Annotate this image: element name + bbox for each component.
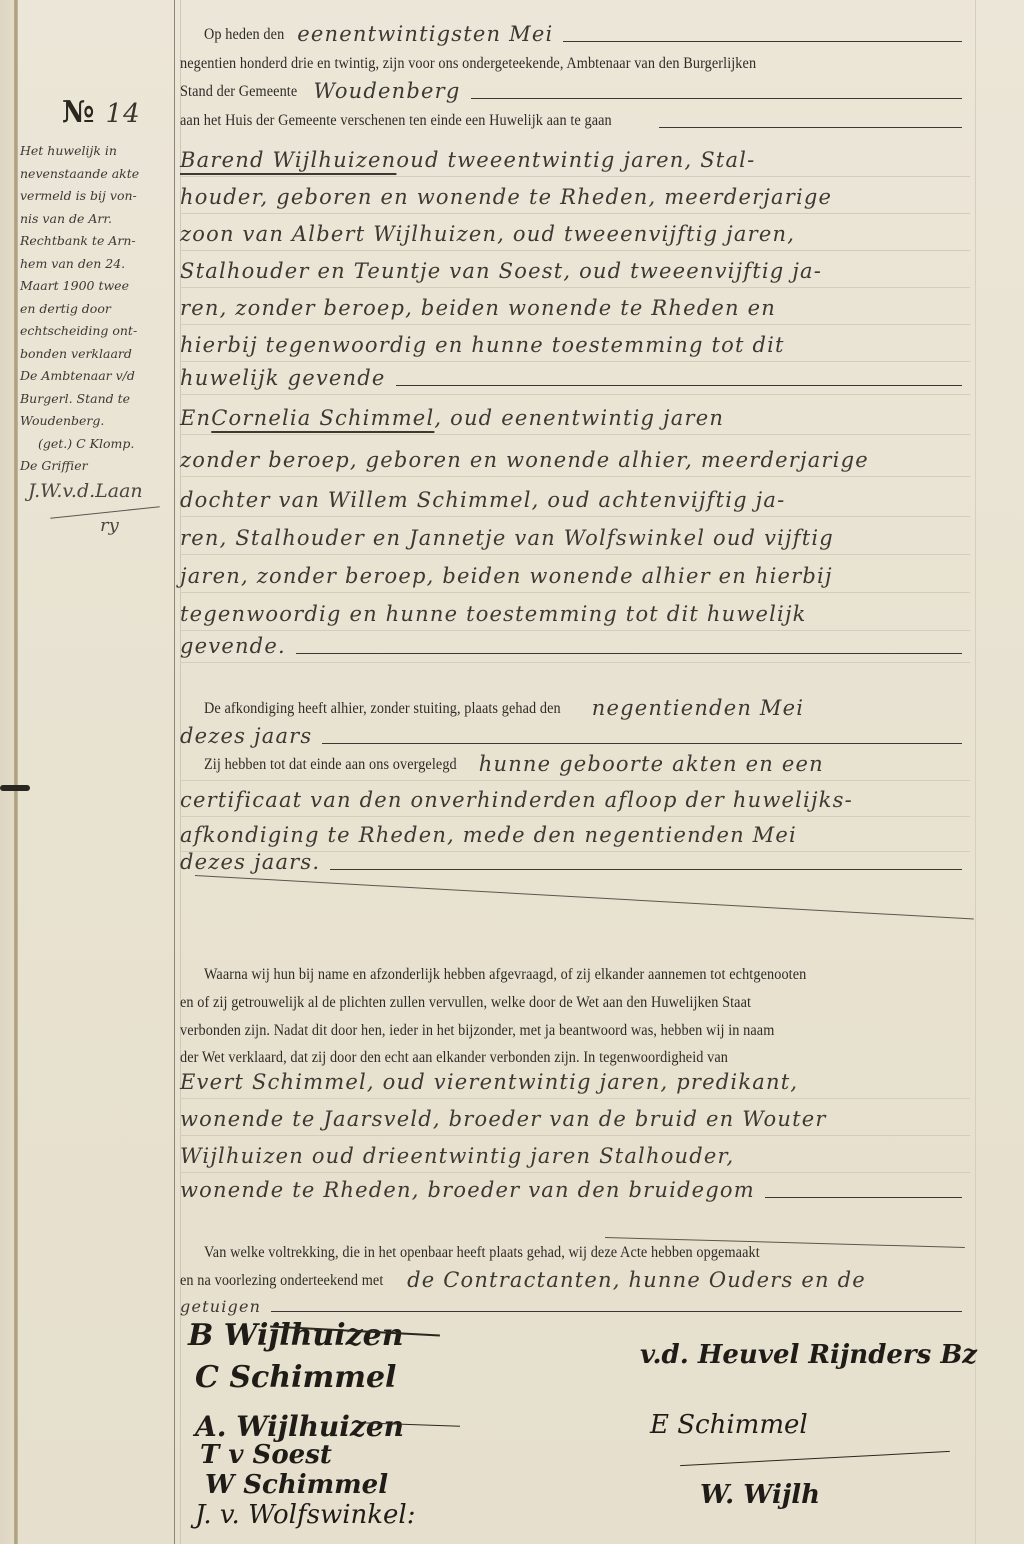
fill-line xyxy=(765,1197,962,1198)
note-line: Woudenberg. xyxy=(20,410,170,433)
handwritten-text: gevende. xyxy=(180,634,286,662)
note-line: De Ambtenaar v/d xyxy=(20,365,170,388)
note-line: Rechtbank te Arn- xyxy=(20,230,170,253)
right-margin-rule xyxy=(975,0,976,1544)
note-line: nevenstaande akte xyxy=(20,163,170,186)
akte-number: №14 xyxy=(62,95,170,130)
note-line: hem van den 24. xyxy=(20,253,170,276)
cancel-stroke xyxy=(195,875,974,920)
handwritten-text: ren, Stalhouder en Jannetje van Wolfswin… xyxy=(180,526,834,554)
groom-line: Stalhouder en Teuntje van Soest, oud twe… xyxy=(180,251,970,288)
note-signed-line: (get.) C Klomp. xyxy=(20,433,170,456)
handwritten-text: dezes jaars. xyxy=(180,850,320,878)
number-sign: № xyxy=(62,95,96,130)
fill-line xyxy=(296,653,962,654)
groom-line: huwelijk gevende xyxy=(180,358,970,395)
note-line: en dertig door xyxy=(20,298,170,321)
margin-annotation: №14 Het huwelijk in nevenstaande akte ve… xyxy=(20,95,170,536)
printed-text: Zij hebben tot dat einde aan ons overgel… xyxy=(204,756,457,780)
handwritten-text: dochter van Willem Schimmel, oud achtenv… xyxy=(180,488,785,516)
fill-line xyxy=(396,385,962,386)
margin-rule xyxy=(174,0,175,1544)
fill-line xyxy=(471,98,962,99)
signature-bride-mother: J. v. Wolfswinkel: xyxy=(195,1500,416,1530)
groom-line: hierbij tegenwoordig en hunne toestemmin… xyxy=(180,325,970,362)
handwritten-text: getuigen xyxy=(180,1297,261,1320)
bride-line: ren, Stalhouder en Jannetje van Wolfswin… xyxy=(180,518,970,555)
bride-line: gevende. xyxy=(180,626,970,663)
handwritten-text: jaren, zonder beroep, beiden wonende alh… xyxy=(180,564,833,592)
binding-ink-mark xyxy=(0,785,30,791)
bride-name: Cornelia Schimmel xyxy=(211,406,434,434)
binding-fold xyxy=(14,0,18,1544)
note-line: bonden verklaard xyxy=(20,343,170,366)
witness-line: wonende te Rheden, broeder van den bruid… xyxy=(180,1170,970,1206)
griffier-label: De Griffier xyxy=(20,455,170,478)
handwritten-text: certificaat van den onverhinderden afloo… xyxy=(180,788,853,816)
handwritten-text: hierbij tegenwoordig en hunne toestemmin… xyxy=(180,333,785,361)
bride-line: jaren, zonder beroep, beiden wonende alh… xyxy=(180,556,970,593)
handwritten-text: Stalhouder en Teuntje van Soest, oud twe… xyxy=(180,259,822,287)
signature-witness-1: E Schimmel xyxy=(650,1410,808,1440)
documents-line: certificaat van den onverhinderden afloo… xyxy=(180,780,970,817)
signature-groom-mother: T v Soest xyxy=(200,1440,332,1470)
handwritten-text: zonder beroep, geboren en wonende alhier… xyxy=(180,448,869,476)
signature-groom-father: A. Wijlhuizen xyxy=(195,1410,404,1443)
note-line: nis van de Arr. xyxy=(20,208,170,231)
handwritten-text: houder, geboren en wonende te Rheden, me… xyxy=(180,185,832,213)
signature-flourish xyxy=(680,1451,950,1466)
printed-text: aan het Huis der Gemeente verschenen ten… xyxy=(180,112,612,136)
note-line: Het huwelijk in xyxy=(20,140,170,163)
groom-line: ren, zonder beroep, beiden wonende te Rh… xyxy=(180,288,970,325)
note-line: Maart 1900 twee xyxy=(20,275,170,298)
signature-registrar: v.d. Heuvel Rijnders Bz xyxy=(640,1340,977,1370)
griffier-signature: J.W.v.d.Laan xyxy=(28,480,170,502)
handwritten-text: , oud eenentwintig jaren xyxy=(434,406,724,434)
fill-line xyxy=(271,1311,962,1312)
intent-line: aan het Huis der Gemeente verschenen ten… xyxy=(180,100,970,136)
handwritten-text: huwelijk gevende xyxy=(180,366,386,394)
groom-line: zoon van Albert Wijlhuizen, oud tweeenvi… xyxy=(180,214,970,251)
note-line: echtscheiding ont- xyxy=(20,320,170,343)
witness-line: Wijlhuizen oud drieentwintig jaren Stalh… xyxy=(180,1136,970,1173)
documents-line: Zij hebben tot dat einde aan ons overgel… xyxy=(180,744,970,781)
groom-line: Barend Wijlhuizen oud tweeentwintig jare… xyxy=(180,140,970,177)
handwritten-text: En xyxy=(180,406,211,434)
signature-groom: B Wijlhuizen xyxy=(188,1318,404,1353)
bride-line: En Cornelia Schimmel , oud eenentwintig … xyxy=(180,398,970,435)
groom-line: houder, geboren en wonende te Rheden, me… xyxy=(180,177,970,214)
handwritten-text: Wijlhuizen oud drieentwintig jaren Stalh… xyxy=(180,1144,734,1172)
note-line: vermeld is bij von- xyxy=(20,185,170,208)
handwritten-text: wonende te Rheden, broeder van den bruid… xyxy=(180,1178,755,1206)
note-line: Burgerl. Stand te xyxy=(20,388,170,411)
handwritten-text: hunne geboorte akten en een xyxy=(479,752,824,780)
akte-number-value: 14 xyxy=(106,99,141,129)
handwritten-text: wonende te Jaarsveld, broeder van de bru… xyxy=(180,1107,827,1135)
closing-line: getuigen xyxy=(180,1284,970,1320)
handwritten-text: ren, zonder beroep, beiden wonende te Rh… xyxy=(180,296,776,324)
paraph: ry xyxy=(100,515,170,536)
fill-line xyxy=(659,127,962,128)
handwritten-text: zoon van Albert Wijlhuizen, oud tweeenvi… xyxy=(180,222,795,250)
documents-line: dezes jaars. xyxy=(180,842,970,878)
witness-line: wonende te Jaarsveld, broeder van de bru… xyxy=(180,1099,970,1136)
signature-bride-father: W Schimmel xyxy=(205,1470,388,1500)
fill-line xyxy=(330,869,962,870)
signature-bride: C Schimmel xyxy=(195,1360,396,1395)
bride-line: dochter van Willem Schimmel, oud achtenv… xyxy=(180,480,970,517)
signature-witness-2: W. Wijlh xyxy=(700,1480,820,1510)
witness-line: Evert Schimmel, oud vierentwintig jaren,… xyxy=(180,1062,970,1099)
handwritten-text: Evert Schimmel, oud vierentwintig jaren,… xyxy=(180,1070,798,1098)
handwritten-text: oud tweeentwintig jaren, Stal- xyxy=(396,148,755,176)
fill-line xyxy=(563,41,962,42)
register-page: №14 Het huwelijk in nevenstaande akte ve… xyxy=(0,0,1024,1544)
groom-name: Barend Wijlhuizen xyxy=(180,148,396,176)
bride-line: zonder beroep, geboren en wonende alhier… xyxy=(180,440,970,477)
